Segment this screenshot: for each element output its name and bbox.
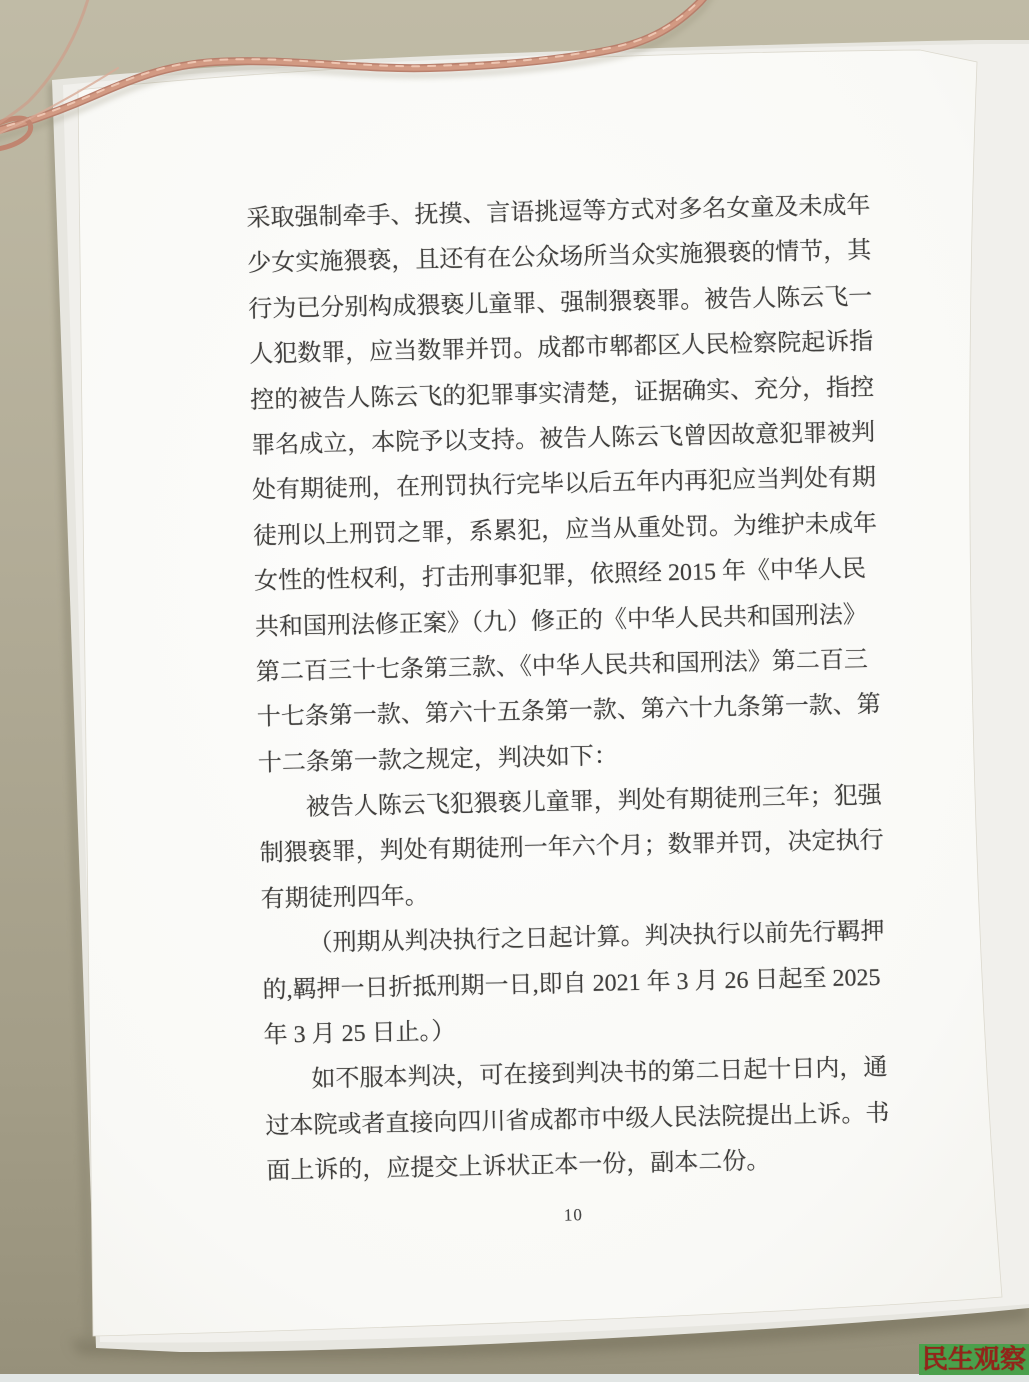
- watermark-minsheng-guancha: 民生观察: [919, 1344, 1029, 1375]
- photo-bottom-strip: [0, 1374, 1029, 1382]
- judgment-text-block: 采取强制牵手、抚摸、言语挑逗等方式对多名女童及未成年 少女实施猥亵，且还有在公众…: [246, 184, 880, 1231]
- photo-of-court-judgment: { "document": { "description": "Chinese …: [0, 0, 1029, 1382]
